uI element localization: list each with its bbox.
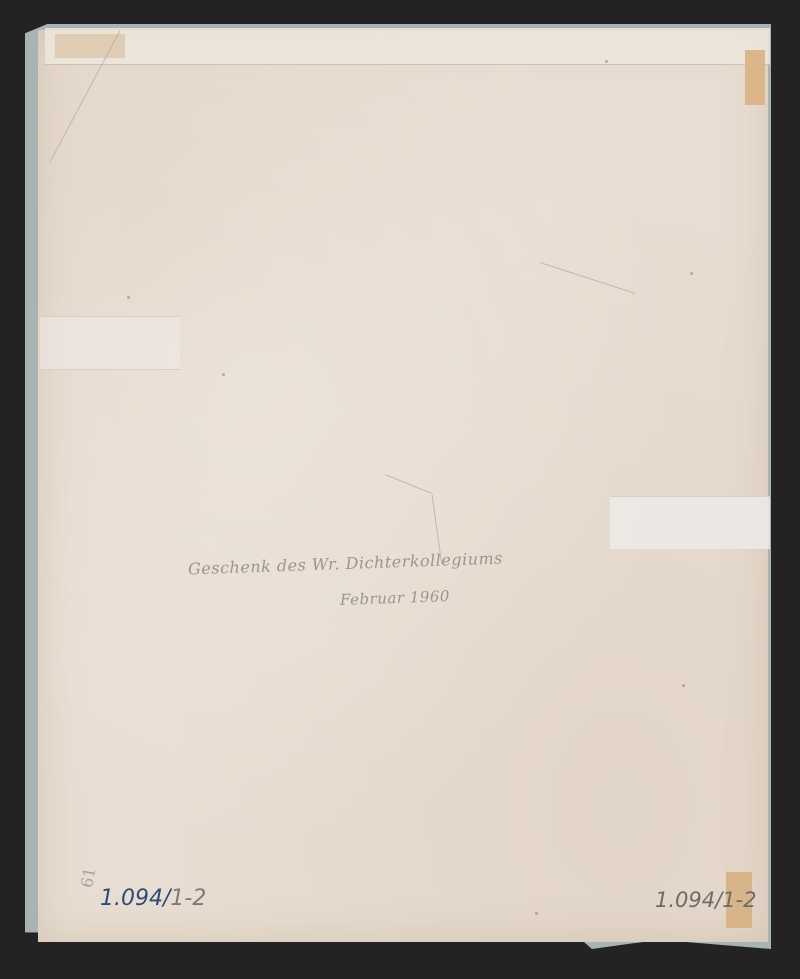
foxing-spot	[127, 296, 130, 299]
foxing-spot	[535, 912, 538, 915]
inventory-number-ink: 1.094/	[100, 886, 170, 911]
foxing-spot	[222, 373, 225, 376]
tape-stain-top-right	[745, 50, 765, 105]
paper-sheet	[38, 30, 768, 942]
tape-strip-right	[610, 496, 770, 549]
tape-strip-left	[40, 316, 180, 370]
inventory-number-pencil: 1-2	[170, 886, 206, 911]
inventory-number-right: 1.094/1-2	[655, 888, 757, 912]
inventory-number-left: 1.094/1-2	[100, 886, 206, 911]
tape-strip-top	[45, 28, 770, 65]
foxing-spot	[690, 272, 693, 275]
pencil-mark: 61	[77, 866, 99, 889]
foxing-spot	[682, 684, 685, 687]
foxing-spot	[605, 60, 608, 63]
inscription-line-2: Februar 1960	[340, 587, 451, 609]
